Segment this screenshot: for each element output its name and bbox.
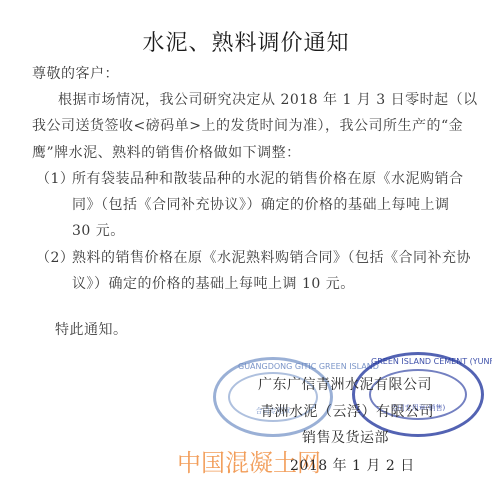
intro-line-3: 鹰”牌水泥、熟料的销售价格做如下调整： bbox=[32, 142, 301, 162]
stamp-left-ring-text: GUANGDONG GITIC GREEN ISLAND bbox=[238, 362, 379, 371]
stamp-right-ring-text: GREEN ISLAND CEMENT (YUNFU) CO. LTD. bbox=[371, 357, 492, 366]
item-1-line-3: 30 元。 bbox=[72, 220, 125, 240]
signature-company-1: 广东广信青洲水泥有限公司 bbox=[258, 374, 432, 394]
intro-line-2: 我公司送货签收<磅码单>上的发货时间为准），我公司所生产的“金 bbox=[32, 115, 463, 135]
item-2-line-1: 熟料的销售价格在原《水泥熟料购销合同》（包括《合同补充协 bbox=[72, 247, 471, 267]
document-date: 2018 年 1 月 2 日 bbox=[290, 455, 415, 475]
stamp-left: GUANGDONG GITIC GREEN ISLAND 合同专用章 bbox=[213, 357, 333, 437]
intro-line-1: 根据市场情况，我公司研究决定从 2018 年 1 月 3 日零时起（以 bbox=[58, 89, 478, 109]
stamp-right: GREEN ISLAND CEMENT (YUNFU) CO. LTD. 合同专… bbox=[352, 352, 484, 437]
page-title: 水泥、熟料调价通知 bbox=[0, 26, 492, 57]
item-1-line-1: 所有袋装品种和散装品种的水泥的销售价格在原《水泥购销合 bbox=[72, 168, 464, 188]
salutation: 尊敬的客户： bbox=[32, 63, 119, 83]
signature-company-2: 青洲水泥（云浮）有限公司 bbox=[260, 401, 434, 421]
item-2-line-2: 议》）确定的价格的基础上每吨上调 10 元。 bbox=[72, 273, 355, 293]
item-1-line-2: 同》（包括《合同补充协议》）确定的价格的基础上每吨上调 bbox=[72, 194, 450, 214]
item-2-number: （2） bbox=[36, 247, 74, 267]
closing: 特此通知。 bbox=[55, 319, 128, 339]
item-1-number: （1） bbox=[36, 168, 74, 188]
